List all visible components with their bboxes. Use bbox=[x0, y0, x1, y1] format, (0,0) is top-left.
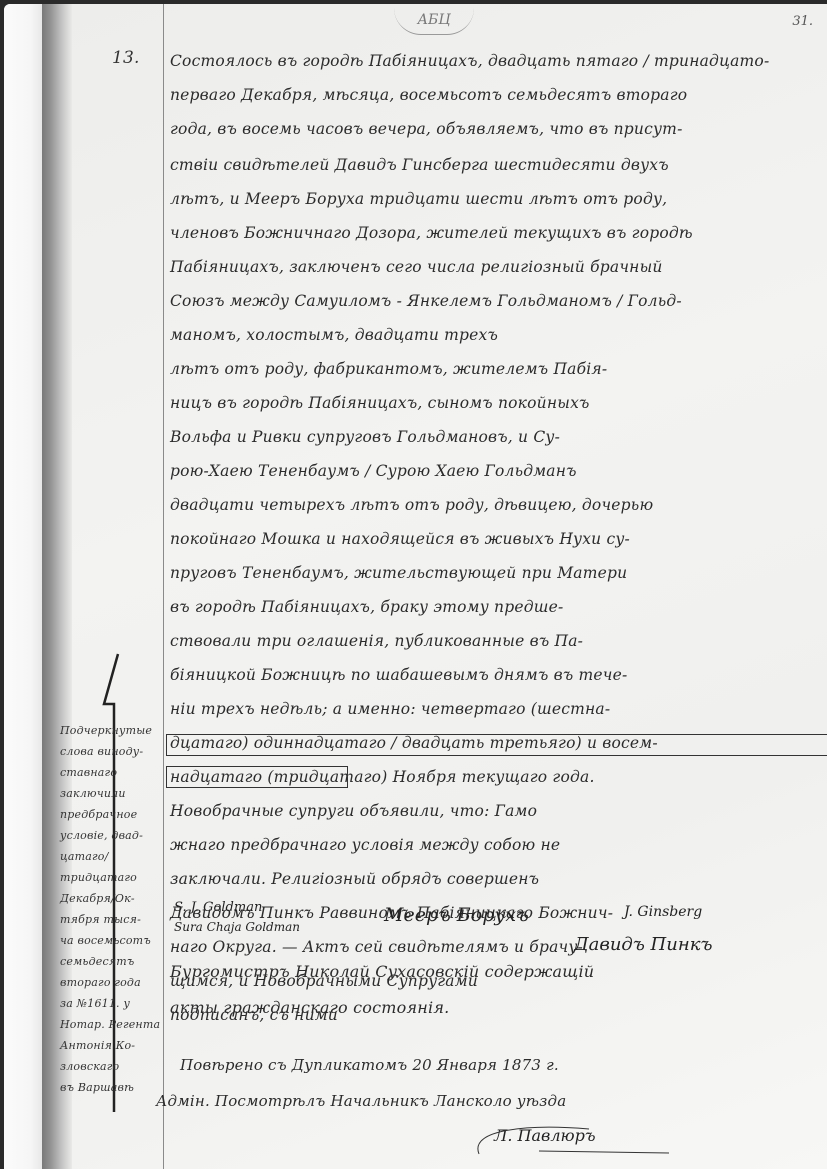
document-page: АБЦ 31. 13. Состоялось въ городѣ Пабіяни… bbox=[4, 4, 827, 1169]
amendment-box bbox=[166, 734, 827, 756]
body-line: въ городѣ Пабіяницахъ, браку этому предш… bbox=[170, 598, 563, 616]
body-line: Союзъ между Самуиломъ - Янкелемъ Гольдма… bbox=[170, 292, 682, 310]
signature-flourish bbox=[469, 1119, 669, 1159]
body-line: Состоялось въ городѣ Пабіяницахъ, двадца… bbox=[170, 52, 769, 70]
margin-note-line: заключили bbox=[60, 787, 126, 800]
margin-note-line: семьдесятъ bbox=[60, 955, 134, 968]
binding-shadow bbox=[42, 4, 72, 1169]
margin-note-line: условіе, двад- bbox=[60, 829, 143, 842]
body-line: лѣтъ отъ роду, фабрикантомъ, жителемъ Па… bbox=[170, 360, 607, 378]
body-line: года, въ восемь часовъ вечера, объявляем… bbox=[170, 120, 683, 138]
certification-line: Повѣрено съ Дупликатомъ 20 Января 1873 г… bbox=[180, 1056, 559, 1074]
body-line: покойнаго Мошка и находящейся въ живыхъ … bbox=[170, 530, 630, 548]
margin-rule bbox=[163, 4, 164, 1169]
body-line: ствовали три оглашенія, публикованные въ… bbox=[170, 632, 583, 650]
signature-bride: Sura Chaja Goldman bbox=[174, 920, 300, 934]
margin-note-line: зловскаго bbox=[60, 1060, 119, 1073]
official-line: акты гражданскаго состоянія. bbox=[170, 998, 449, 1017]
body-line: біяницкой Божницѣ по шабашевымъ днямъ въ… bbox=[170, 666, 627, 684]
body-line: лѣтъ, и Мееръ Боруха тридцати шести лѣтъ… bbox=[170, 190, 667, 208]
body-line: рою-Хаею Тененбаумъ / Сурою Хаею Гольдма… bbox=[170, 462, 577, 480]
body-line: наго Округа. — Актъ сей свидѣтелямъ и бр… bbox=[170, 938, 583, 956]
body-line: пруговъ Тененбаумъ, жительствующей при М… bbox=[170, 564, 627, 582]
margin-note-line: въ Варшавѣ bbox=[60, 1081, 134, 1094]
body-line: Новобрачные супруги объявили, что: Гамо bbox=[170, 802, 537, 820]
signature-groom: S. J. Goldman bbox=[174, 900, 262, 915]
underlined-line: жнаго предбрачнаго условія между собою н… bbox=[170, 836, 560, 854]
page-number: 31. bbox=[792, 14, 813, 29]
body-line: перваго Декабря, мѣсяца, восемьсотъ семь… bbox=[170, 86, 687, 104]
body-line: ніи трехъ недѣль; а именно: четвертаго (… bbox=[170, 700, 610, 718]
body-line: членовъ Божничнаго Дозора, жителей текущ… bbox=[170, 224, 693, 242]
body-line: Пабіяницахъ, заключенъ сего числа религі… bbox=[170, 258, 663, 276]
signature-witness-1: Мееръ Борухъ bbox=[384, 904, 529, 926]
margin-note-line: ча восемьсотъ bbox=[60, 934, 151, 947]
body-line: маномъ, холостымъ, двадцати трехъ bbox=[170, 326, 498, 344]
body-line: двадцати четырехъ лѣтъ отъ роду, дѣвицею… bbox=[170, 496, 653, 514]
margin-note-line: предбрачное bbox=[60, 808, 137, 821]
certification-line: Адмін. Посмотрѣлъ Начальникъ Лансколо уѣ… bbox=[156, 1092, 566, 1110]
amendment-box bbox=[166, 766, 348, 788]
body-line: Вольфа и Ривки супруговъ Гольдмановъ, и … bbox=[170, 428, 560, 446]
margin-note-line: Антонія Ко- bbox=[60, 1039, 135, 1052]
paper bbox=[72, 4, 827, 1169]
body-line: ствіи свидѣтелей Давидъ Гинсберга шестид… bbox=[170, 156, 669, 174]
margin-note-line: тября тыся- bbox=[60, 913, 141, 926]
margin-note-line: тридцатаго bbox=[60, 871, 137, 884]
official-line: Бургомистръ Николай Сухасовскій содержащ… bbox=[170, 962, 594, 981]
margin-note-line: слова виноду- bbox=[60, 745, 143, 758]
signature-rabbi: Давидъ Пинкъ bbox=[574, 934, 712, 955]
entry-number: 13. bbox=[112, 48, 140, 68]
margin-note-line: Нотар. Регента bbox=[60, 1018, 160, 1031]
body-line: ницъ въ городѣ Пабіяницахъ, сыномъ покой… bbox=[170, 394, 590, 412]
margin-note-line: Подчеркнутые bbox=[60, 724, 152, 737]
margin-note-line: за №1611. у bbox=[60, 997, 130, 1010]
signature-witness-2: J. Ginsberg bbox=[624, 904, 702, 920]
margin-note-line: ставнаго bbox=[60, 766, 117, 779]
scan-edge bbox=[4, 4, 42, 1169]
margin-note-line: втораго года bbox=[60, 976, 141, 989]
margin-note-line: цатаго/ bbox=[60, 850, 109, 863]
margin-note-line: Декабря/Ок- bbox=[60, 892, 135, 905]
underlined-line: заключали. Религіозный обрядъ совершенъ bbox=[170, 870, 539, 888]
